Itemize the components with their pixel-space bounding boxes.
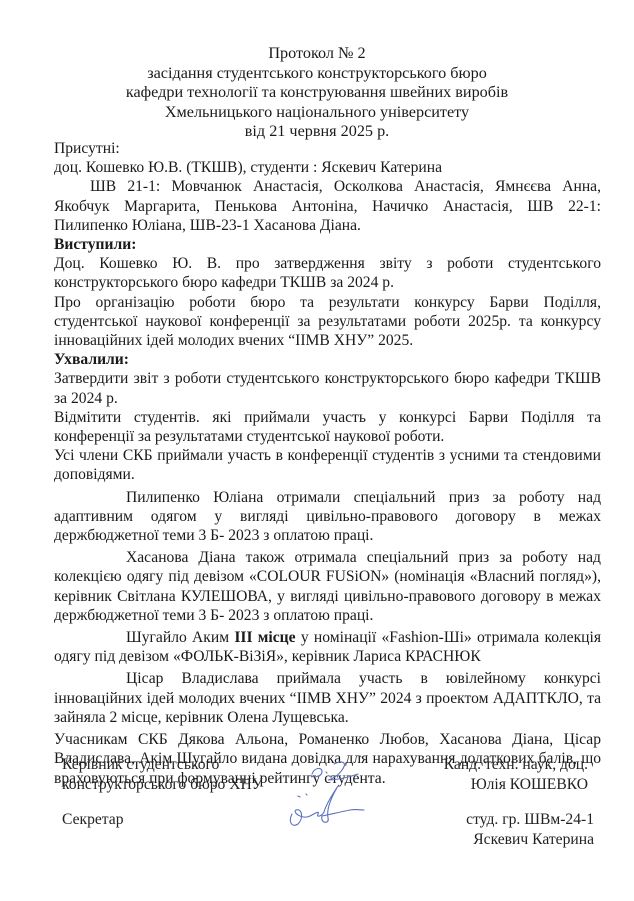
resolved-paragraph-6: Шугайло Аким III місце у номінації «Fash… xyxy=(54,628,601,666)
header-line-4: Хмельницького національного університету xyxy=(0,103,634,123)
handwritten-signatures xyxy=(282,752,402,840)
head-position: Керівник студентського конструкторського… xyxy=(62,755,263,794)
resolved-paragraph-3: Усі члени СКБ приймали участь в конферен… xyxy=(54,446,601,484)
spoke-heading: Виступили: xyxy=(54,235,601,254)
secretary-group: студ. гр. ШВм-24-1 xyxy=(466,810,594,830)
protocol-title: Протокол № 2 xyxy=(0,44,634,64)
p6-place: III місце xyxy=(234,629,295,646)
secretary-signature-block: студ. гр. ШВм-24-1 Яскевич Катерина xyxy=(466,810,594,849)
head-name: Юлія КОШЕВКО xyxy=(444,775,588,795)
document-header: Протокол № 2 засідання студентського кон… xyxy=(0,44,634,142)
header-line-3: кафедри технології та конструювання швей… xyxy=(0,83,634,103)
resolved-paragraph-1: Затвердити звіт з роботи студентського к… xyxy=(54,369,601,407)
p6-start: Шугайло Аким xyxy=(126,629,234,646)
secretary-label: Секретар xyxy=(62,810,124,830)
resolved-paragraph-7: Цісар Владислава приймала участь в ювіле… xyxy=(54,669,601,727)
head-position-line-1: Керівник студентського xyxy=(62,755,263,775)
document-body: Присутні: доц. Кошевко Ю.В. (ТКШВ), студ… xyxy=(54,139,601,788)
resolved-heading: Ухвалили: xyxy=(54,350,601,369)
header-line-2: засідання студентського конструкторськог… xyxy=(0,64,634,84)
resolved-paragraph-2: Відмітити студентів. які приймали участь… xyxy=(54,408,601,446)
protocol-page: Протокол № 2 засідання студентського кон… xyxy=(0,0,634,901)
resolved-paragraph-5: Хасанова Діана також отримала спеціальни… xyxy=(54,548,601,625)
secretary-name: Яскевич Катерина xyxy=(466,830,594,850)
present-label: Присутні: xyxy=(54,139,601,158)
present-line-1: доц. Кошевко Ю.В. (ТКШВ), студенти : Яск… xyxy=(54,158,601,177)
head-signature-block: Канд. техн. наук, доц. Юлія КОШЕВКО xyxy=(444,755,588,794)
spoke-paragraph-1: Доц. Кошевко Ю. В. про затвердження звіт… xyxy=(54,254,601,292)
present-line-2: ШВ 21-1: Мовчанюк Анастасія, Осколкова А… xyxy=(54,177,601,235)
head-title: Канд. техн. наук, доц. xyxy=(444,755,588,775)
spoke-paragraph-2: Про організацію роботи бюро та результат… xyxy=(54,293,601,351)
head-position-line-2: конструкторського бюро ХНУ xyxy=(62,775,263,795)
resolved-paragraph-4: Пилипенко Юліана отримали спеціальний пр… xyxy=(54,488,601,546)
